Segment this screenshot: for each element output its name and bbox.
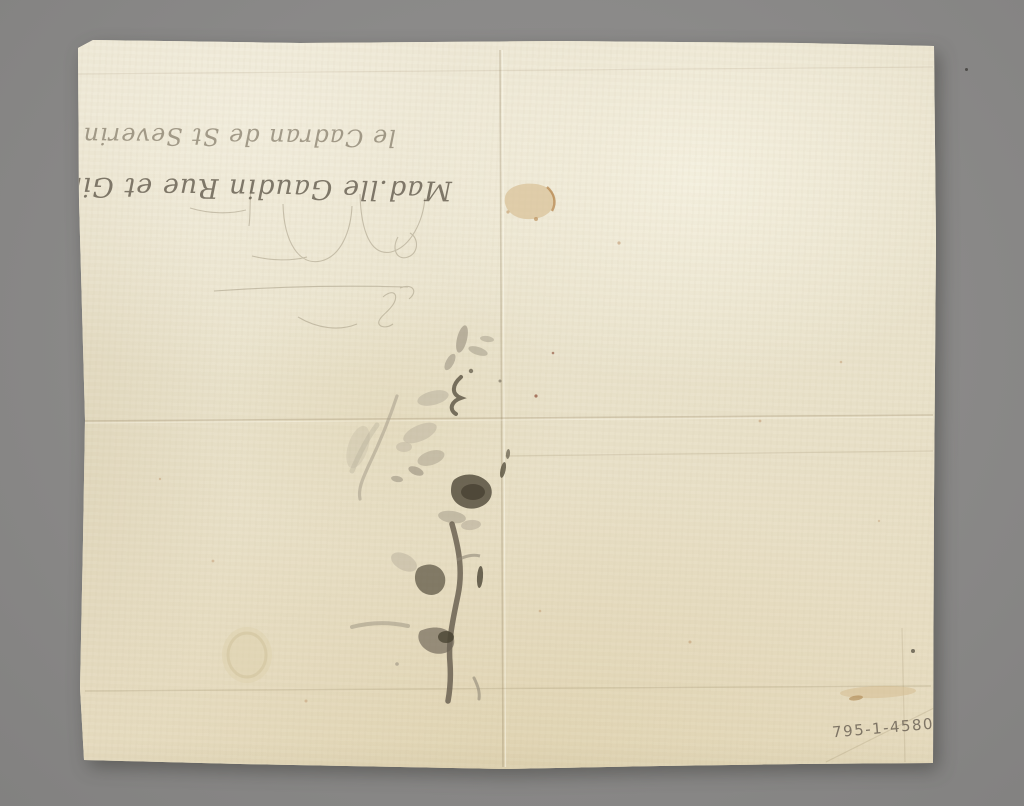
ink-wash-drawing xyxy=(342,324,555,701)
handwritten-address-line2: le Cadran de St Severin xyxy=(134,100,396,152)
paper-sheet: Mad.lle Gaudin Rue et Gil le Cadran de S… xyxy=(0,0,1024,806)
handwritten-address-line1: Mad.lle Gaudin Rue et Gil xyxy=(126,148,453,205)
dust-speck xyxy=(965,68,968,71)
paper-shadow: Mad.lle Gaudin Rue et Gil le Cadran de S… xyxy=(0,0,1024,806)
stains-and-foxing xyxy=(159,184,916,703)
photo-background: Mad.lle Gaudin Rue et Gil le Cadran de S… xyxy=(0,0,1024,806)
